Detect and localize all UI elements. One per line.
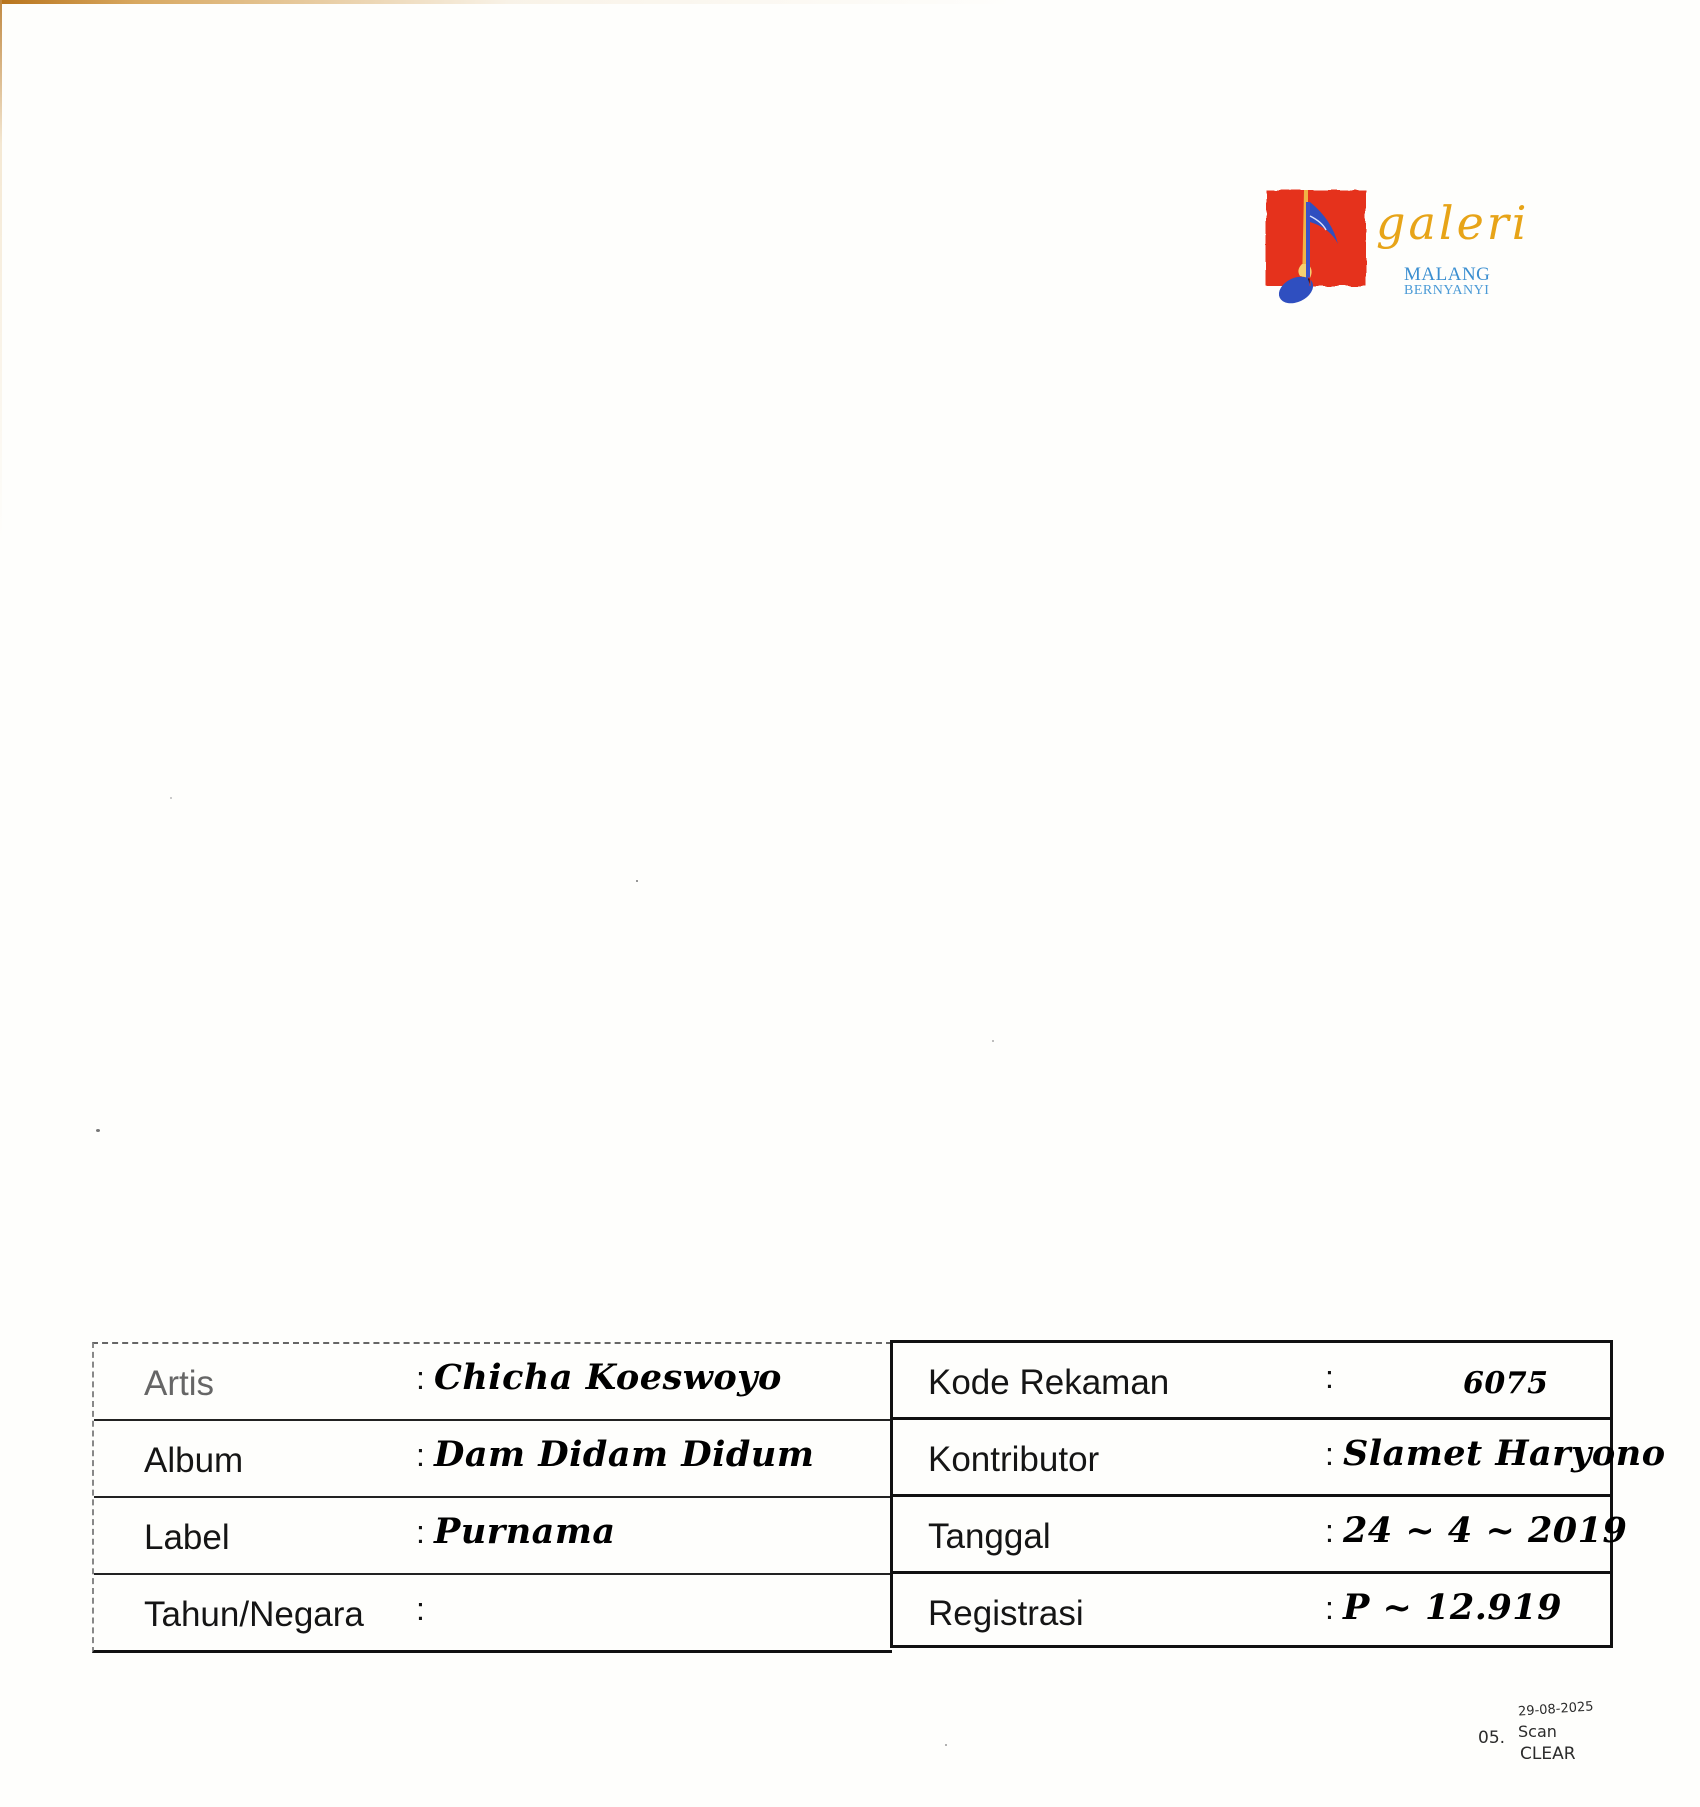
row-label: Label : Purnama [94,1496,892,1573]
row-tahun-negara: Tahun/Negara : [94,1573,892,1652]
note-line-scan: Scan [1518,1722,1557,1741]
row-kode-rekaman: Kode Rekaman : 6075 [893,1343,1610,1417]
field-separator: : [1325,1592,1334,1624]
handwritten-scan-note: 29-08-2025 05. Scan CLEAR [1478,1702,1628,1782]
field-value-registrasi: P ~ 12.919 [1343,1590,1562,1625]
field-value-label: Purnama [434,1514,616,1549]
scan-speck [96,1129,100,1132]
field-label: Artis [144,1366,214,1401]
field-value-album: Dam Didam Didum [434,1437,814,1472]
field-label: Registrasi [928,1596,1084,1631]
row-artis: Artis : Chicha Koeswoyo [94,1344,892,1421]
field-label: Kontributor [928,1442,1099,1477]
field-value-artis: Chicha Koeswoyo [434,1360,782,1395]
field-separator: : [1325,1361,1334,1393]
field-value-kontributor: Slamet Haryono [1343,1436,1666,1471]
scan-edge-top [0,0,1700,4]
scan-speck [170,797,172,799]
row-registrasi: Registrasi : P ~ 12.919 [893,1571,1610,1648]
field-label: Tanggal [928,1519,1051,1554]
field-separator: : [1325,1515,1334,1547]
record-info-left-column: Artis : Chicha Koeswoyo Album : Dam Dida… [92,1342,892,1653]
field-separator: : [1325,1438,1334,1470]
scan-speck [636,880,638,882]
field-label: Tahun/Negara [144,1597,364,1632]
logo-subtitle-malang: MALANG [1404,265,1490,284]
field-separator: : [416,1516,425,1548]
row-tanggal: Tanggal : 24 ~ 4 ~ 2019 [893,1494,1610,1571]
scan-edge-left [0,0,2,1807]
note-number: 05. [1478,1728,1505,1748]
galeri-malang-bernyanyi-logo: galeri MALANG BERNYANYI [1262,186,1562,311]
music-note-logo-icon [1262,186,1372,311]
field-value-tanggal: 24 ~ 4 ~ 2019 [1343,1513,1627,1548]
field-label: Kode Rekaman [928,1365,1169,1400]
record-info-table: Artis : Chicha Koeswoyo Album : Dam Dida… [92,1342,1613,1653]
row-album: Album : Dam Didam Didum [94,1419,892,1496]
scan-speck [992,1040,994,1042]
field-separator: : [416,1593,425,1625]
logo-word: galeri [1376,200,1530,246]
scan-speck [945,1744,947,1746]
logo-subtitle-bernyanyi: BERNYANYI [1404,284,1489,298]
record-info-right-column: Kode Rekaman : 6075 Kontributor : Slamet… [890,1340,1613,1648]
note-line-clear: CLEAR [1520,1744,1576,1764]
field-label: Label [144,1520,230,1555]
field-separator: : [416,1439,425,1471]
field-label: Album [144,1443,243,1478]
field-value-kode-rekaman: 6075 [1463,1369,1549,1399]
field-separator: : [416,1362,425,1394]
note-date: 29-08-2025 [1518,1699,1594,1719]
row-kontributor: Kontributor : Slamet Haryono [893,1417,1610,1494]
